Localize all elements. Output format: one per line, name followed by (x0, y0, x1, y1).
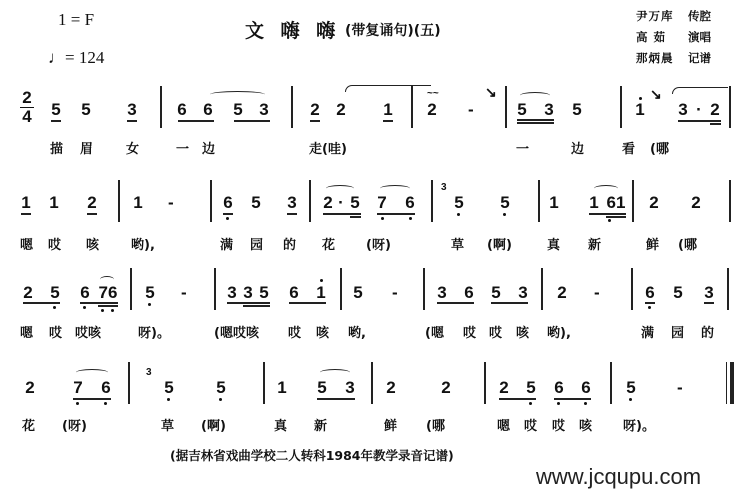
note: 5 (490, 283, 502, 303)
lyric: 哎 (524, 415, 537, 434)
lyric: 描 (50, 138, 63, 157)
dash: - (594, 283, 600, 303)
barline (538, 180, 540, 222)
lyric: 女 (126, 138, 139, 157)
note: 5 (316, 378, 328, 398)
note: 5 (499, 193, 511, 213)
lyric: 真 (547, 234, 560, 253)
note: 5 (144, 283, 156, 303)
lyric: 一 (176, 138, 189, 157)
source-note: (据吉林省戏曲学校二人转科1984年教学录音记谱) (170, 446, 454, 464)
barline (411, 86, 413, 128)
lyric: 眉 (80, 138, 93, 157)
note: 1 (48, 193, 60, 213)
note: · (335, 193, 347, 213)
lyric: 的 (701, 322, 714, 341)
lyric: 一 (516, 138, 529, 157)
lyric: 园 (250, 234, 263, 253)
lyric: 咳 (86, 234, 99, 253)
trill-mark: ~~ (427, 88, 439, 99)
lyric: 哎 (49, 322, 62, 341)
note: 1 (382, 100, 394, 120)
note: 5 (49, 283, 61, 303)
lyric: 哟), (131, 234, 155, 253)
note: 2 (556, 283, 568, 303)
final-barline-thin (726, 362, 727, 404)
final-barline-thick (730, 362, 734, 404)
grace-note: 3 (441, 182, 447, 193)
lyric: 哎 (288, 322, 301, 341)
note: 6 (176, 100, 188, 120)
note: 5 (50, 100, 62, 120)
barline (620, 86, 622, 128)
lyric: 嗯 (497, 415, 510, 434)
note: 2 (709, 100, 721, 120)
barline (729, 86, 731, 128)
note: 2 (86, 193, 98, 213)
barline (118, 180, 120, 222)
slur (100, 276, 114, 283)
dash: - (468, 100, 474, 120)
lyric: (嗯哎咳 (214, 322, 259, 341)
tie (345, 85, 431, 92)
barline (541, 268, 543, 310)
watermark: www.jcqupu.com (536, 464, 701, 490)
note: 7 (376, 193, 388, 213)
barline (340, 268, 342, 310)
time-signature: 2 4 (20, 90, 34, 125)
lyric: 花 (22, 415, 35, 434)
note: 1 (20, 193, 32, 213)
song-subtitle: (带复诵句)(五) (345, 20, 441, 40)
note: 2 (24, 378, 36, 398)
lyric: 咳 (316, 322, 329, 341)
note: 6 (222, 193, 234, 213)
lyric: (哪 (678, 234, 697, 253)
note: 3 (258, 100, 270, 120)
note: 2 (335, 100, 347, 120)
slur (520, 92, 550, 99)
note: 2 (309, 100, 321, 120)
note: 5 (516, 100, 528, 120)
lyric: 哎 (489, 322, 502, 341)
note: 3 (344, 378, 356, 398)
lyric: 鲜 (646, 234, 659, 253)
lyric: 嗯 (20, 234, 33, 253)
note: · (693, 100, 705, 120)
slur (210, 91, 265, 98)
barline (727, 268, 729, 310)
note: 61 (606, 193, 626, 213)
note: 6 (463, 283, 475, 303)
lyric: (哪 (426, 415, 445, 434)
credits: 尹万库传腔 高 茹演唱 那炳晨记谱 (636, 6, 711, 69)
slur (76, 369, 108, 376)
note: 5 (163, 378, 175, 398)
note: 2 (426, 100, 438, 120)
lyric: 呀)。 (623, 415, 655, 434)
barline (214, 268, 216, 310)
barline (160, 86, 162, 128)
tie (672, 87, 728, 94)
key-signature: 1 = F (58, 10, 94, 30)
lyric: (啊) (201, 415, 226, 434)
note: 3 (517, 283, 529, 303)
barline (631, 268, 633, 310)
note: 1 (315, 283, 327, 303)
note: 3 (286, 193, 298, 213)
lyric: 看 (622, 138, 635, 157)
note: 5 (258, 283, 270, 303)
lyric: 花 (322, 234, 335, 253)
lyric: 满 (641, 322, 654, 341)
lyric: (呀) (366, 234, 391, 253)
note: 6 (553, 378, 565, 398)
note: 3 (677, 100, 689, 120)
lyric: 草 (451, 234, 464, 253)
lyric: 草 (161, 415, 174, 434)
note: 5 (215, 378, 227, 398)
dash: - (181, 283, 187, 303)
lyric: 哎 (48, 234, 61, 253)
note: 6 (404, 193, 416, 213)
lyric: 嗯 (20, 322, 33, 341)
lyric: 满 (220, 234, 233, 253)
note: 1 (276, 378, 288, 398)
note: 2 (22, 283, 34, 303)
credit-row: 那炳晨记谱 (636, 48, 711, 69)
lyric: 边 (571, 138, 584, 157)
note: 6 (100, 378, 112, 398)
barline (309, 180, 311, 222)
lyric: 边 (202, 138, 215, 157)
lyric: (呀) (62, 415, 87, 434)
barline (263, 362, 265, 404)
note: 7 (72, 378, 84, 398)
barline (291, 86, 293, 128)
note: 6 (79, 283, 91, 303)
note: 1 (588, 193, 600, 213)
note: 6 (202, 100, 214, 120)
note: 5 (453, 193, 465, 213)
barline (505, 86, 507, 128)
slur (320, 369, 350, 376)
barline (484, 362, 486, 404)
dash: - (168, 193, 174, 213)
dash: - (392, 283, 398, 303)
barline (210, 180, 212, 222)
lyric: 咳 (516, 322, 529, 341)
barline (128, 362, 130, 404)
lyric: 哟, (348, 322, 366, 341)
slur (326, 185, 354, 192)
note: 3 (543, 100, 555, 120)
credit-row: 高 茹演唱 (636, 27, 711, 48)
note: 6 (288, 283, 300, 303)
note: 6 (580, 378, 592, 398)
lyric: 新 (588, 234, 601, 253)
note: 3 (703, 283, 715, 303)
tempo-marking: ♩= 124 (48, 48, 104, 68)
lyric: 真 (274, 415, 287, 434)
lyric: 呀)。 (138, 322, 170, 341)
note: 2 (385, 378, 397, 398)
note: 2 (498, 378, 510, 398)
lyric: (啊) (487, 234, 512, 253)
barline (431, 180, 433, 222)
lyric: 哎咳 (75, 322, 101, 341)
note: 5 (352, 283, 364, 303)
note: 1 (132, 193, 144, 213)
lyric: 新 (314, 415, 327, 434)
lyric: 走(哇) (309, 138, 347, 157)
note: 6 (644, 283, 656, 303)
note: 3 (242, 283, 254, 303)
note: 5 (80, 100, 92, 120)
glide-mark: ↘ (650, 86, 662, 103)
lyric: 哎 (552, 415, 565, 434)
barline (371, 362, 373, 404)
slur (594, 185, 618, 192)
note: 76 (98, 283, 118, 303)
note: 2 (690, 193, 702, 213)
note: 3 (126, 100, 138, 120)
lyric: 园 (671, 322, 684, 341)
slur (380, 185, 410, 192)
note: 5 (250, 193, 262, 213)
barline (610, 362, 612, 404)
lyric: 哎 (463, 322, 476, 341)
barline (729, 180, 731, 222)
lyric: 咳 (579, 415, 592, 434)
barline (130, 268, 132, 310)
note: 2 (322, 193, 334, 213)
lyric: (嗯 (425, 322, 444, 341)
credit-row: 尹万库传腔 (636, 6, 711, 27)
note: 5 (571, 100, 583, 120)
lyric: (哪 (650, 138, 669, 157)
note: 5 (349, 193, 361, 213)
note: 2 (648, 193, 660, 213)
lyric: 鲜 (384, 415, 397, 434)
barline (423, 268, 425, 310)
note: 2 (440, 378, 452, 398)
grace-note: 3 (146, 367, 152, 378)
note: 1 (634, 100, 646, 120)
dash: - (677, 378, 683, 398)
song-title: 文 嗨 嗨 (245, 16, 340, 43)
lyric: 的 (283, 234, 296, 253)
glide-mark: ↘ (485, 84, 497, 101)
barline (632, 180, 634, 222)
note: 3 (436, 283, 448, 303)
note: 3 (226, 283, 238, 303)
note: 5 (672, 283, 684, 303)
lyric: 哟), (547, 322, 571, 341)
note: 5 (525, 378, 537, 398)
note: 5 (625, 378, 637, 398)
note: 1 (548, 193, 560, 213)
note: 5 (232, 100, 244, 120)
